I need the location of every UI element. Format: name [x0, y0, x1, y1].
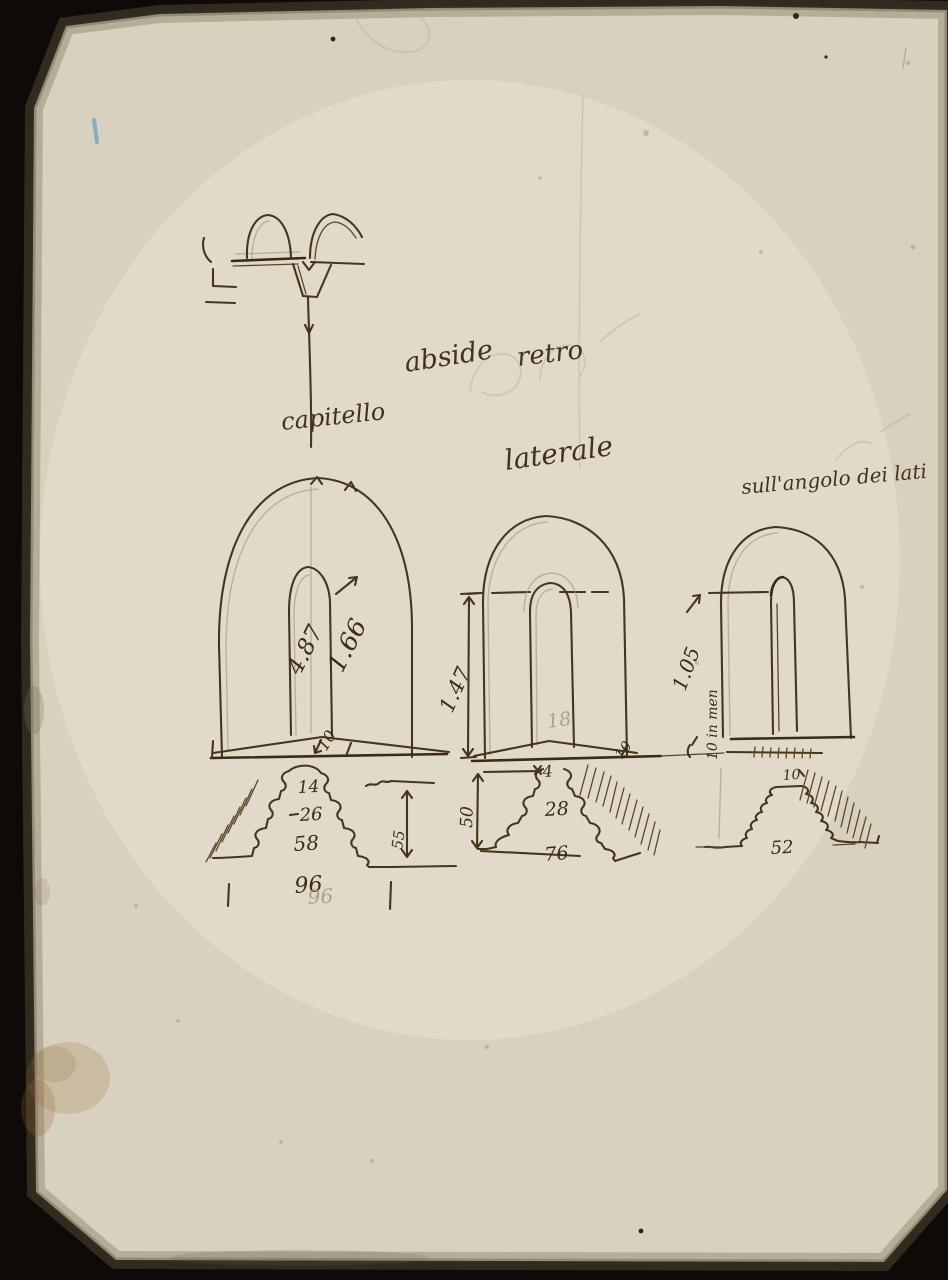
profile-right-base: 52: [770, 837, 794, 859]
profile-left-side-dim: 55: [388, 829, 408, 850]
scanned-sketch-page: capitello abside retro laterale sull'ang…: [0, 0, 948, 1280]
dim-right-note: 10 in men: [705, 689, 721, 760]
dim-middle-pencil: 18: [546, 708, 573, 733]
profile-left-step1: 14: [297, 777, 320, 798]
profile-right-apex: 10: [782, 767, 801, 784]
profile-left-step4-pencil: 96: [307, 884, 334, 909]
profile-left-step2: 26: [298, 804, 323, 826]
profile-middle-top: 4: [541, 761, 553, 781]
sketch-canvas: capitello abside retro laterale sull'ang…: [0, 0, 948, 1280]
profile-middle-mid: 28: [543, 798, 569, 821]
profile-middle-base: 76: [544, 842, 570, 866]
profile-middle-side: 50: [457, 806, 478, 829]
profile-left-step3: 58: [293, 830, 320, 856]
